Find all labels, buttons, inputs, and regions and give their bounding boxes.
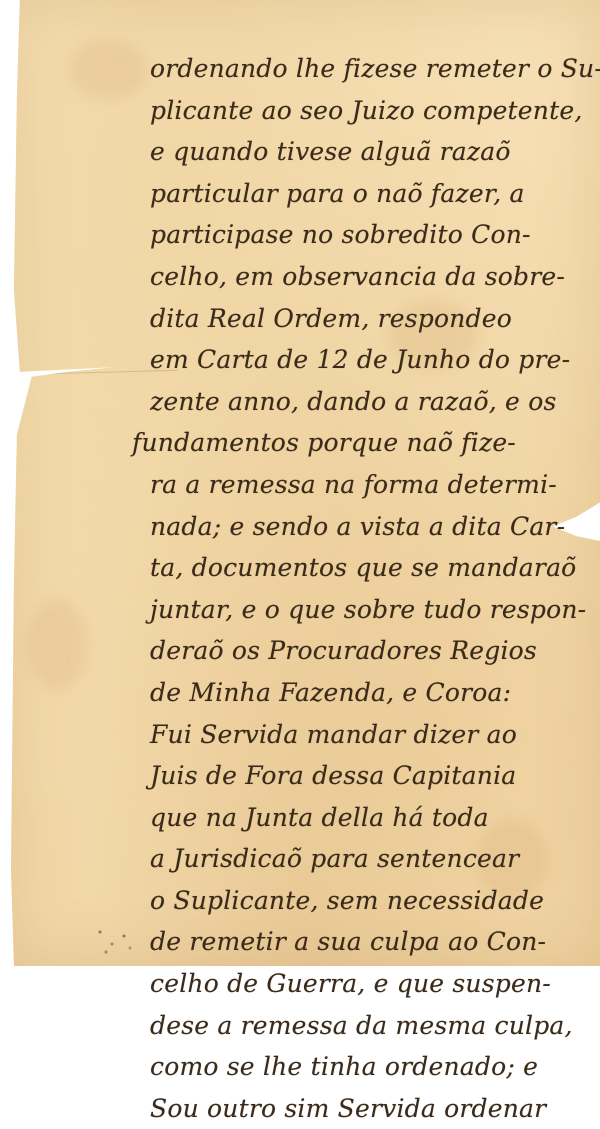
text-line: zente anno, dando a razaõ, e os (150, 381, 530, 423)
paper-stain (68, 40, 148, 100)
text-line: em Carta de 12 de Junho do pre- (150, 339, 530, 381)
text-line: ra a remessa na forma determi- (150, 464, 530, 506)
paper-stain (28, 600, 88, 690)
text-line: dita Real Ordem, respondeo (150, 298, 530, 340)
manuscript-text: ordenando lhe fizese remeter o Su- plica… (150, 48, 530, 966)
text-line: Fui Servida mandar dizer ao (150, 714, 530, 756)
text-line: particular para o naõ fazer, a (150, 173, 530, 215)
text-line: a Jurisdicaõ para sentencear (150, 838, 530, 880)
text-line: ta, documentos que se mandaraõ (150, 547, 530, 589)
text-line: juntar, e o que sobre tudo respon- (150, 589, 530, 631)
text-line: nada; e sendo a vista a dita Car- (150, 506, 530, 548)
text-line: de remetir a sua culpa ao Con- (150, 921, 530, 963)
text-line: que na Junta della há toda (150, 797, 530, 839)
text-line: participase no sobredito Con- (150, 214, 530, 256)
ink-specks (88, 920, 148, 960)
text-line: e quando tivese alguã razaõ (150, 131, 530, 173)
text-line: Juis de Fora dessa Capitania (150, 755, 530, 797)
text-line: plicante ao seo Juizo competente, (150, 90, 530, 132)
text-line: ordenando lhe fizese remeter o Su- (150, 48, 530, 90)
text-line: fundamentos porque naõ fize- (132, 422, 530, 464)
text-line: de Minha Fazenda, e Coroa: (150, 672, 530, 714)
text-line: deraõ os Procuradores Regios (150, 630, 530, 672)
text-line: celho, em observancia da sobre- (150, 256, 530, 298)
text-line: o Suplicante, sem necessidade (150, 880, 530, 922)
